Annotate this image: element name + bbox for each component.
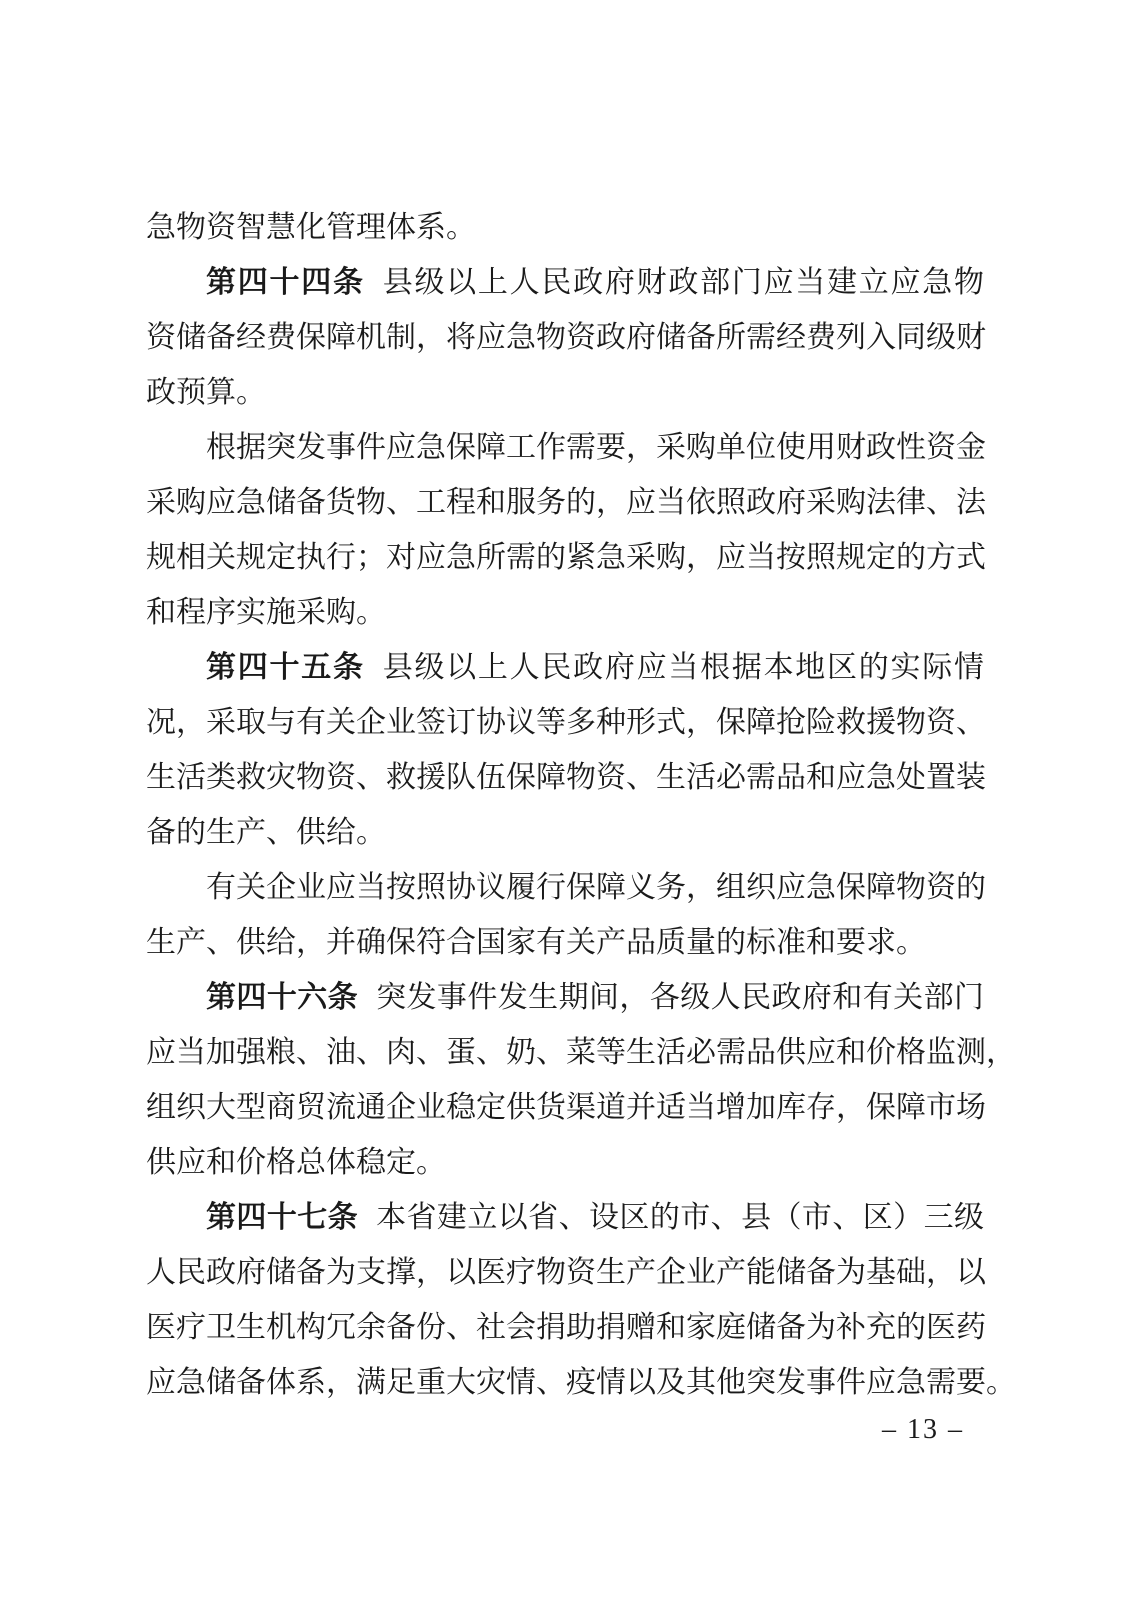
text-line: 医疗卫生机构冗余备份、社会捐助捐赠和家庭储备为补充的医药 — [146, 1300, 984, 1355]
text-line: 规相关规定执行；对应急所需的紧急采购，应当按照规定的方式 — [146, 530, 984, 585]
text-line: 资储备经费保障机制，将应急物资政府储备所需经费列入同级财 — [146, 310, 984, 365]
text-line: 应急储备体系，满足重大灾情、疫情以及其他突发事件应急需要。 — [146, 1355, 984, 1410]
text-line: 组织大型商贸流通企业稳定供货渠道并适当增加库存，保障市场 — [146, 1080, 984, 1135]
text-line: 政预算。 — [146, 365, 984, 420]
document-page: 急物资智慧化管理体系。第四十四条县级以上人民政府财政部门应当建立应急物资储备经费… — [0, 0, 1132, 1600]
text-line: 有关企业应当按照协议履行保障义务，组织应急保障物资的 — [146, 860, 984, 915]
text-line: 急物资智慧化管理体系。 — [146, 200, 984, 255]
text-line: 生活类救灾物资、救援队伍保障物资、生活必需品和应急处置装 — [146, 750, 984, 805]
text-line: 根据突发事件应急保障工作需要，采购单位使用财政性资金 — [146, 420, 984, 475]
page-number: – 13 – — [882, 1412, 964, 1448]
article-number: 第四十四条 — [206, 266, 365, 299]
text-line: 第四十四条县级以上人民政府财政部门应当建立应急物 — [146, 255, 984, 310]
article-number: 第四十六条 — [206, 981, 358, 1014]
text-line: 第四十五条县级以上人民政府应当根据本地区的实际情 — [146, 640, 984, 695]
text-line: 供应和价格总体稳定。 — [146, 1135, 984, 1190]
text-line: 人民政府储备为支撑，以医疗物资生产企业产能储备为基础，以 — [146, 1245, 984, 1300]
text-line: 第四十七条本省建立以省、设区的市、县（市、区）三级 — [146, 1190, 984, 1245]
text-line: 采购应急储备货物、工程和服务的，应当依照政府采购法律、法 — [146, 475, 984, 530]
article-number: 第四十七条 — [206, 1201, 358, 1234]
text-line: 应当加强粮、油、肉、蛋、奶、菜等生活必需品供应和价格监测， — [146, 1025, 984, 1080]
text-line: 生产、供给，并确保符合国家有关产品质量的标准和要求。 — [146, 915, 984, 970]
text-line: 和程序实施采购。 — [146, 585, 984, 640]
document-body: 急物资智慧化管理体系。第四十四条县级以上人民政府财政部门应当建立应急物资储备经费… — [146, 200, 984, 1410]
article-number: 第四十五条 — [206, 651, 365, 684]
text-line: 第四十六条突发事件发生期间，各级人民政府和有关部门 — [146, 970, 984, 1025]
text-line: 况，采取与有关企业签订协议等多种形式，保障抢险救援物资、 — [146, 695, 984, 750]
text-line: 备的生产、供给。 — [146, 805, 984, 860]
